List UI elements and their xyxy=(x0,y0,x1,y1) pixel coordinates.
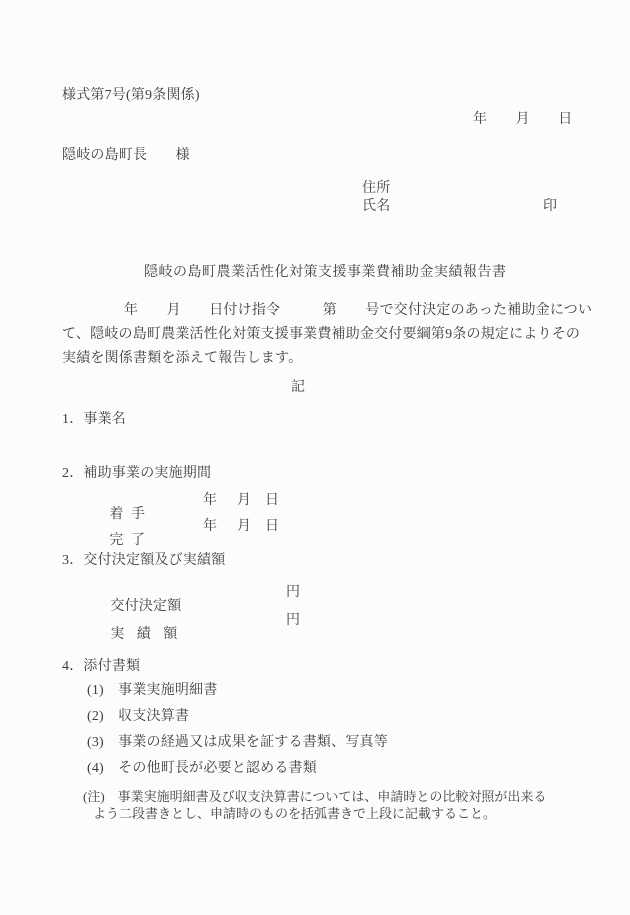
attachment-item-4: (4) その他町長が必要と認める書類 xyxy=(87,762,317,776)
start-date-line: 着 手 年 月 日 xyxy=(102,494,322,510)
start-month-label: 月 xyxy=(237,494,251,508)
address-label: 住所 xyxy=(362,182,390,196)
end-month-label: 月 xyxy=(237,520,251,534)
body-paragraph-line-2: て、隠岐の島町農業活性化対策支援事業費補助金交付要綱第9条の規定によりその xyxy=(62,328,580,342)
addressee-line: 隠岐の島町長 様 xyxy=(62,149,190,163)
actual-amount-row: 実績額 円 xyxy=(103,614,363,630)
actual-amount-label: 実績額 xyxy=(110,628,177,642)
attachment-item-2: (2) 収支決算書 xyxy=(87,710,189,724)
decided-amount-yen-label: 円 xyxy=(286,586,300,600)
end-label: 完 了 xyxy=(109,533,145,548)
document-page: { "colors": { "background": "#fcfcfc", "… xyxy=(0,0,630,915)
ki-marker: 記 xyxy=(291,381,305,395)
end-day-label: 日 xyxy=(265,520,279,534)
section-4-heading: 4．添付書類 xyxy=(62,660,140,674)
body-paragraph-line-3: 実績を関係書類を添えて報告します。 xyxy=(62,352,302,366)
section-1-heading: 1．事業名 xyxy=(62,413,126,427)
date-blank-line: 年 月 日 xyxy=(473,113,572,127)
start-day-label: 日 xyxy=(265,494,279,508)
attachment-item-1: (1) 事業実施明細書 xyxy=(87,684,218,698)
form-number: 様式第7号(第9条関係) xyxy=(62,89,200,103)
decided-amount-label: 交付決定額 xyxy=(110,599,181,614)
seal-label: 印 xyxy=(543,200,557,214)
decided-amount-row: 交付決定額 円 xyxy=(103,586,363,602)
start-year-label: 年 xyxy=(203,494,217,508)
note-line-2: よう二段書きとし、申請時のものを括弧書きで上段に記載すること。 xyxy=(93,807,496,820)
section-2-heading: 2．補助事業の実施期間 xyxy=(62,467,211,481)
note-line-1: (注) 事業実施明細書及び収支決算書については、申請時との比較対照が出来る xyxy=(83,790,546,803)
attachment-item-3: (3) 事業の経過又は成果を証する書類、写真等 xyxy=(87,736,388,750)
document-title: 隠岐の島町農業活性化対策支援事業費補助金実績報告書 xyxy=(144,266,507,280)
actual-amount-yen-label: 円 xyxy=(286,614,300,628)
body-paragraph-line-1: 年 月 日付け指令 第 号で交付決定のあった補助金につい xyxy=(124,304,592,318)
end-date-line: 完 了 年 月 日 xyxy=(102,520,322,536)
name-label: 氏名 xyxy=(362,200,390,214)
end-year-label: 年 xyxy=(203,520,217,534)
section-3-heading: 3．交付決定額及び実績額 xyxy=(62,554,225,568)
